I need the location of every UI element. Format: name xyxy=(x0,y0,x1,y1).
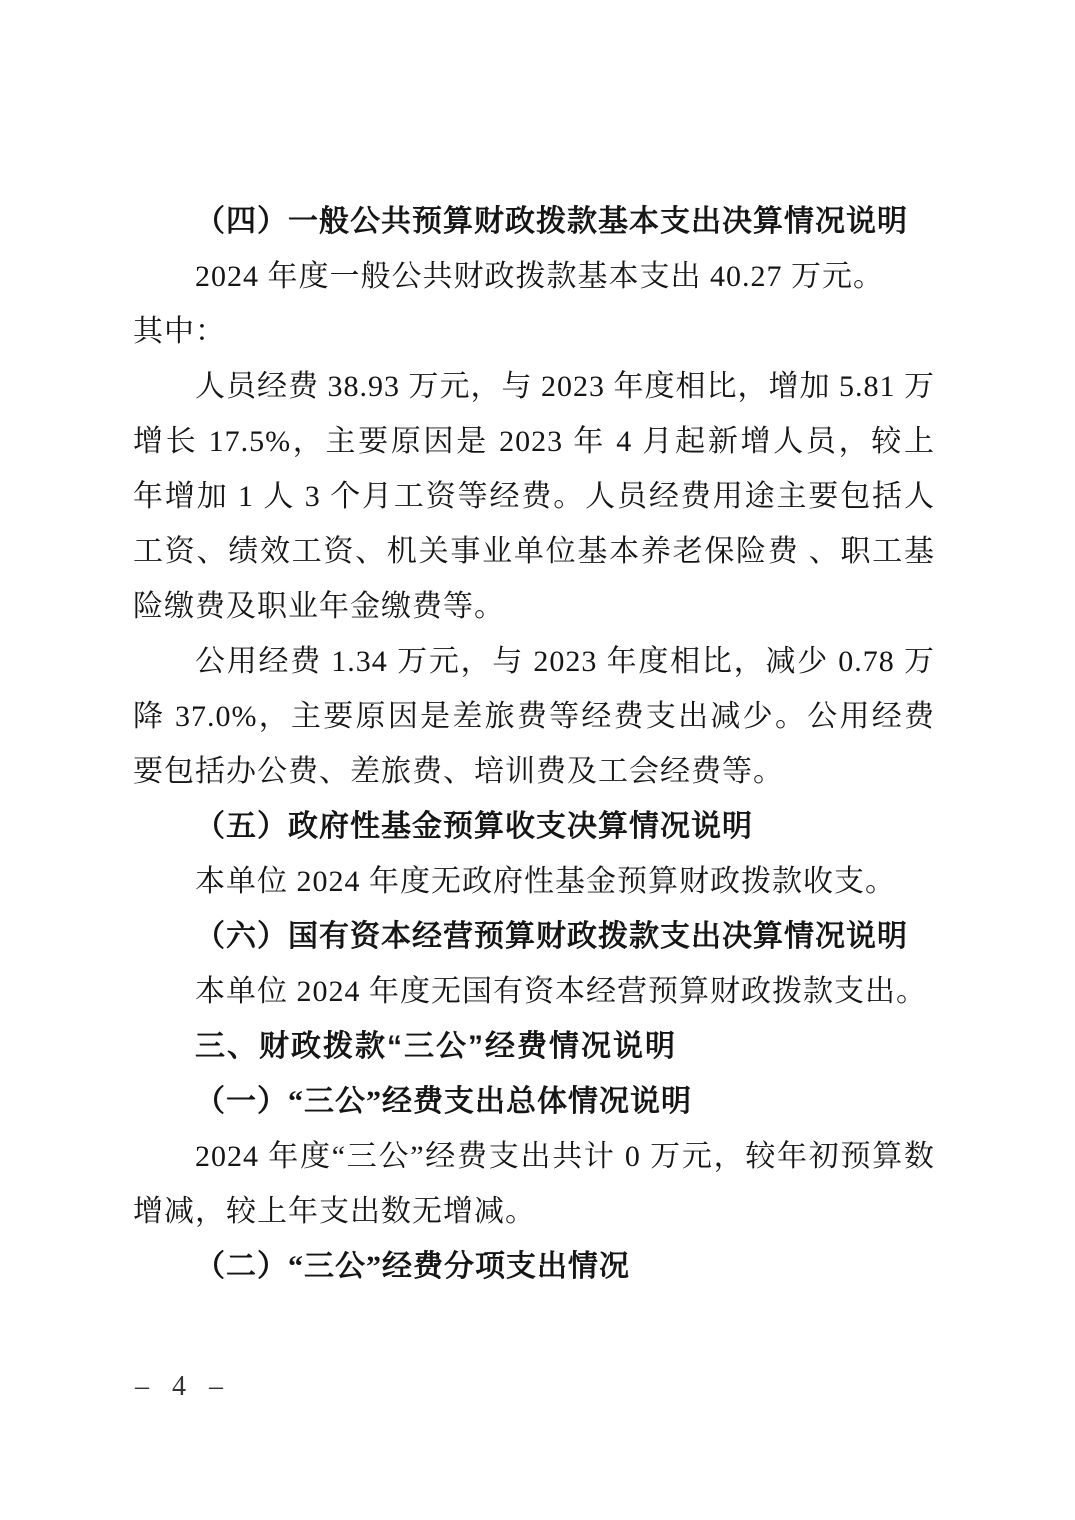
text-line-public-funds-1: 公用经费 1.34 万元，与 2023 年度相比，减少 0.78 万元，下 xyxy=(133,634,935,689)
document-text-block: （四）一般公共预算财政拨款基本支出决算情况说明 2024 年度一般公共财政拨款基… xyxy=(133,194,935,1294)
text-line-among-which: 其中： xyxy=(133,304,935,359)
text-line-personnel-3: 年增加 1 人 3 个月工资等经费。人员经费用途主要包括人员基本 xyxy=(133,469,935,524)
text-line-state-capital: 本单位 2024 年度无国有资本经营预算财政拨款支出。 xyxy=(133,964,935,1019)
text-line-gov-fund: 本单位 2024 年度无政府性基金预算财政拨款收支。 xyxy=(133,854,935,909)
text-line-personnel-5: 险缴费及职业年金缴费等。 xyxy=(133,579,935,634)
text-line-personnel-4: 工资、绩效工资、机关事业单位基本养老保险费 、职工基本医疗保 xyxy=(133,524,935,579)
text-line-three-public-1: 2024 年度“三公”经费支出共计 0 万元，较年初预算数无 xyxy=(133,1129,935,1184)
text-line-personnel-1: 人员经费 38.93 万元，与 2023 年度相比，增加 5.81 万元， xyxy=(133,359,935,414)
document-page: { "document": { "lines": [ { "text": "（四… xyxy=(0,0,1075,1520)
heading-item-six: （六）国有资本经营预算财政拨款支出决算情况说明 xyxy=(133,909,935,964)
heading-item-two: （二）“三公”经费分项支出情况 xyxy=(133,1239,935,1294)
heading-item-four: （四）一般公共预算财政拨款基本支出决算情况说明 xyxy=(133,194,935,249)
heading-item-one: （一）“三公”经费支出总体情况说明 xyxy=(133,1074,935,1129)
heading-item-five: （五）政府性基金预算收支决算情况说明 xyxy=(133,799,935,854)
text-line-public-funds-3: 要包括办公费、差旅费、培训费及工会经费等。 xyxy=(133,744,935,799)
text-line-three-public-2: 增减，较上年支出数无增减。 xyxy=(133,1184,935,1239)
heading-section-three: 三、财政拨款“三公”经费情况说明 xyxy=(133,1019,935,1074)
page-number: – 4 – xyxy=(135,1362,231,1412)
text-line-public-funds-2: 降 37.0%，主要原因是差旅费等经费支出减少。公用经费用途主 xyxy=(133,689,935,744)
text-line-personnel-2: 增长 17.5%，主要原因是 2023 年 4 月起新增人员，较上年，本 xyxy=(133,414,935,469)
text-line-basic-expenditure: 2024 年度一般公共财政拨款基本支出 40.27 万元。 xyxy=(133,249,935,304)
